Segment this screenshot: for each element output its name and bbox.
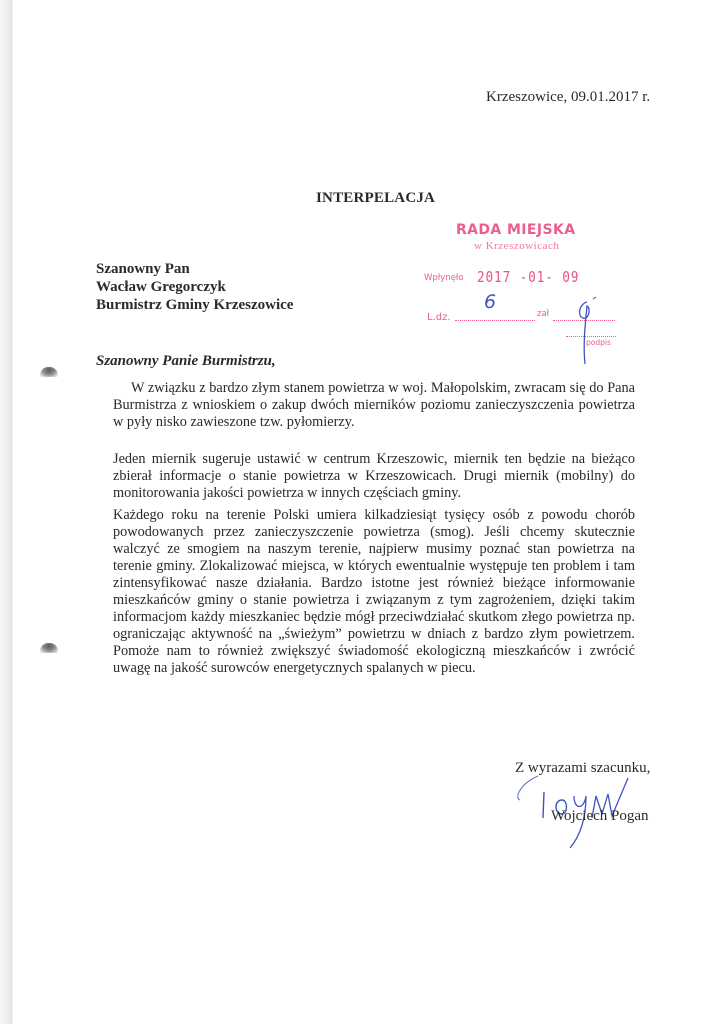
recipient-line: Wacław Gregorczyk <box>96 278 293 296</box>
paragraph-justification: Każdego roku na terenie Polski umiera ki… <box>113 507 635 677</box>
stamp-ldz-number: 6 <box>484 291 496 313</box>
closing-phrase: Z wyrazami szacunku, <box>515 760 650 777</box>
punch-hole-top <box>40 367 58 377</box>
stamp-subtitle: w Krzeszowicach <box>474 240 559 252</box>
paragraph-meter-placement: Jeden miernik sugeruje ustawić w centrum… <box>113 451 635 502</box>
place-and-date: Krzeszowice, 09.01.2017 r. <box>486 89 650 106</box>
document-title: INTERPELACJA <box>316 190 435 207</box>
signer-name: Wojciech Pogan <box>551 808 649 825</box>
recipient-line: Szanowny Pan <box>96 260 293 278</box>
stamp-initials-signature <box>565 296 605 366</box>
paragraph-request: W związku z bardzo złym stanem powietrza… <box>113 380 635 431</box>
recipient-line: Burmistrz Gminy Krzeszowice <box>96 296 293 314</box>
recipient-block: Szanowny Pan Wacław Gregorczyk Burmistrz… <box>96 260 293 314</box>
stamp-received-date: 2017 -01- 09 <box>477 268 579 286</box>
stamp-attachments-label: zał <box>537 309 549 319</box>
stamp-ldz-dotted-line <box>455 320 535 321</box>
stamp-received-label: Wpłynęło <box>424 273 463 283</box>
stamp-ldz-label: L.dz. <box>427 312 451 323</box>
punch-hole-bottom <box>40 643 58 653</box>
stamp-title: RADA MIEJSKA <box>456 222 575 238</box>
salutation: Szanowny Panie Burmistrzu, <box>96 353 276 370</box>
page-scan-edge <box>0 0 13 1024</box>
